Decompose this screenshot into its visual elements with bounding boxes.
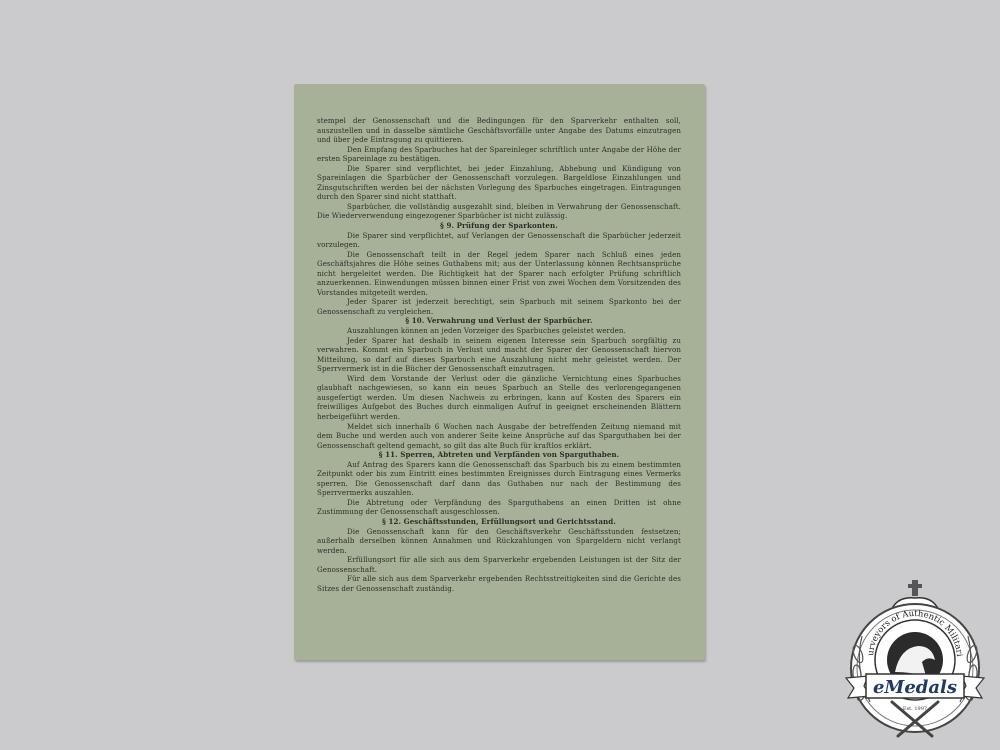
- paragraph: Die Sparer sind verpflichtet, bei jeder …: [317, 164, 681, 202]
- paragraph: Erfüllungsort für alle sich aus dem Spar…: [317, 555, 681, 574]
- svg-text:eMedals: eMedals: [873, 677, 957, 698]
- section-heading: § 12. Geschäftsstunden, Erfüllungsort un…: [317, 517, 681, 527]
- paragraph: Den Empfang des Sparbuches hat der Spare…: [317, 145, 681, 164]
- paragraph: Die Genossenschaft teilt in der Regel je…: [317, 250, 681, 298]
- document-card: stempel der Genossenschaft und die Bedin…: [294, 84, 705, 660]
- paragraph: Für alle sich aus dem Sparverkehr ergebe…: [317, 574, 681, 593]
- section-heading: § 9. Prüfung der Sparkonten.: [317, 221, 681, 231]
- paragraph: Die Genossenschaft kann für den Geschäft…: [317, 527, 681, 556]
- paragraph: Die Sparer sind verpflichtet, auf Verlan…: [317, 231, 681, 250]
- paragraph: Auszahlungen können an jeden Vorzeiger d…: [317, 326, 681, 336]
- brand-banner: eMedals: [846, 674, 984, 698]
- paragraph: stempel der Genossenschaft und die Bedin…: [317, 116, 681, 145]
- paragraph: Meldet sich innerhalb 6 Wochen nach Ausg…: [317, 422, 681, 451]
- emedals-logo: Purveyors of Authentic Militaria eMedals…: [840, 576, 990, 746]
- paragraph: Wird dem Vorstande der Verlust oder die …: [317, 374, 681, 422]
- paragraph: Jeder Sparer ist jederzeit berechtigt, s…: [317, 297, 681, 316]
- paragraph: Die Abtretung oder Verpfändung des Sparg…: [317, 498, 681, 517]
- paragraph: Auf Antrag des Sparers kann die Genossen…: [317, 460, 681, 498]
- section-heading: § 10. Verwahrung und Verlust der Sparbüc…: [317, 316, 681, 326]
- paragraph: Jeder Sparer hat deshalb in seinem eigen…: [317, 336, 681, 374]
- section-heading: § 11. Sperren, Abtreten und Verpfänden v…: [317, 450, 681, 460]
- established-text: Est. 1997: [903, 706, 927, 712]
- paragraph: Sparbücher, die vollständig ausgezahlt s…: [317, 202, 681, 221]
- document-body: stempel der Genossenschaft und die Bedin…: [317, 116, 681, 593]
